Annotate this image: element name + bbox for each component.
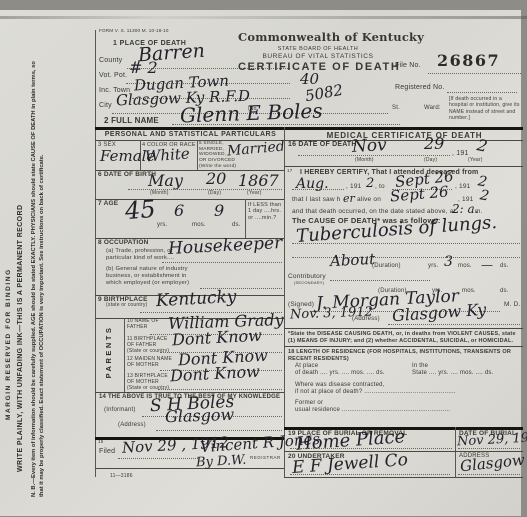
divider [388,324,520,325]
birth-month-value: May [148,173,183,189]
divider [162,262,282,263]
birth-day-value: 20 [206,171,226,187]
voting-precinct-label: Vot. Pot. [99,72,127,80]
alive-on-statement: alive on [357,196,381,204]
informant-label: (Informant) [104,407,136,414]
less-than-one-day-note: If LESS than 1 day ....hrs. or ....min.? [248,202,284,221]
occupation-a-label: (a) Trade, profession, or particular kin… [106,248,174,262]
day-caption: (Day) [424,158,437,164]
duration-days-value: — [481,259,493,271]
divider [245,199,246,238]
days-caption: ds. [232,222,241,229]
informant-address-value: Glasgow [165,407,235,425]
days-caption: ds. [500,288,509,295]
personal-section-title: PERSONAL AND STATISTICAL PARTICULARS [97,131,284,139]
divider [298,155,450,156]
age-label: 7 AGE [98,200,118,208]
violent-causes-footnote: *State the DISEASE CAUSING DEATH, or, in… [288,331,520,345]
divider [292,243,520,244]
divider [284,127,285,477]
divider [172,124,400,125]
years-caption: yrs. [157,222,167,229]
secondary-caption: (SECONDARY) [294,281,324,286]
death-occurred-statement: and that death occurred, on the date sta… [292,208,455,216]
divider [447,92,517,93]
parents-side-label: PARENTS [104,321,113,383]
bureau-heading: BUREAU OF VITAL STATISTICS [238,53,398,61]
certify-number: 17 [287,168,292,173]
divider [118,458,198,459]
date-of-burial-value: Nov 29, 191 2 [457,431,527,449]
voting-precinct-value: # 2 [129,60,158,76]
divider [95,30,96,477]
months-caption: mos. [192,222,206,229]
in-the-state-fields: In the State .... yrs. .... mos. .... ds… [412,363,494,377]
street-label: St. [392,105,400,112]
state-board-heading: STATE BOARD OF HEALTH [238,46,398,52]
registrar-by-value: By D.W. [196,454,247,470]
divider [458,448,520,449]
divider [292,189,344,190]
divider [330,280,430,281]
ward-label: Ward: [424,105,441,112]
divider [158,389,282,390]
duration-caption: (Duration) [372,263,401,270]
divider [284,346,523,347]
months-caption: mos. [458,263,472,270]
margin-nb-note: N. B.—Every item of information should b… [31,61,46,497]
margin-permanent-record-note: WRITE PLAINLY, WITH UNFADING INK—THIS IS… [17,62,24,472]
divider [290,474,450,475]
file-no-label: File No. [395,62,421,70]
color-race-value: White [145,146,191,164]
form-number-bottom: 11—3186 [110,474,133,480]
death-year-printed: , 191 [452,150,469,158]
divider [156,430,282,431]
father-name-label: 10 NAME OF FATHER [127,319,159,331]
divider [197,140,198,170]
divider [284,166,523,167]
months-caption: mos. [462,288,476,295]
duration-about-value: About [330,252,376,269]
mother-maiden-name-label: 12 MAIDEN NAME OF MOTHER [127,357,172,369]
county-label: County [99,57,122,65]
divider [290,448,452,449]
death-month-value: Nov [352,137,388,156]
full-name-label: 2 FULL NAME [104,116,159,125]
occupation-label: 8 OCCUPATION [98,239,149,247]
informant-address-label: (Address) [118,422,146,429]
occupation-b-label: (b) General nature of industry business,… [106,266,189,286]
days-caption: ds. [500,263,509,270]
age-days-value: 9 [214,203,224,219]
signature-address-label: (Address) [352,316,380,323]
filed-label: Filed [99,448,115,456]
file-no-value: 26867 [437,52,500,71]
death-certificate-scan: MARGIN RESERVED FOR BINDING WRITE PLAINL… [0,0,527,517]
birth-year-value: 1867 [238,173,279,189]
mother-birthplace-value: Dont Know [170,364,261,385]
year1-value: 2 [366,177,374,190]
divider [428,73,521,74]
former-residence-field: Former or usual residence ..............… [295,400,450,414]
registered-no-label: Registered No. [395,84,445,92]
margin-binding-note: MARGIN RESERVED FOR BINDING [5,120,12,420]
day-caption: (Day) [208,191,221,197]
at-place-of-death-fields: At place of death .... yrs. .... mos. ..… [295,363,385,377]
year2-printed: , 191 [455,183,470,191]
age-years-value: 45 [124,197,157,224]
length-of-residence-label: 18 LENGTH OF RESIDENCE (FOR HOSPITALS, I… [288,349,518,363]
divider [284,477,523,478]
divider [95,127,523,130]
death-day-value: 29 [424,136,444,152]
years-caption: yrs. [428,263,438,270]
divider [284,328,523,329]
hospital-name-note: [If death occurred in a hospital or inst… [449,96,521,121]
divider [95,392,284,393]
divider [95,468,284,469]
registrar-caption: REGISTRAR [250,455,281,460]
city-label: City [99,102,112,110]
paper-crease [0,16,527,19]
full-name-value: Glenn E Boles [180,101,323,126]
filed-number: 15 [98,439,103,444]
year-caption: (Year) [468,158,483,164]
to-label: , to [375,183,385,191]
father-birthplace-value: Dont Know [172,328,263,349]
year1-printed: , 191 [346,183,361,191]
birthplace-value: Kentucky [156,289,237,310]
date-of-death-label: 16 DATE OF DEATH [288,141,357,149]
md-label: M. D. [504,301,521,309]
disease-contracted-field: Where was disease contracted, if not at … [295,382,456,396]
commonwealth-heading: Commonwealth of Kentucky [238,31,398,45]
pronoun-value: er [343,193,355,204]
divider [458,474,520,475]
month-caption: (Month) [355,158,374,164]
form-number-top: FORM V. S. 11300 M. 10-18-10 [99,28,169,33]
divider [124,318,125,392]
birthplace-sub-label: (state or country) [106,303,147,309]
year-caption: (Year) [247,191,262,197]
age-months-value: 6 [174,203,184,219]
last-saw-statement: that I last saw h [292,196,341,204]
duration-months-value: 3 [444,255,453,269]
